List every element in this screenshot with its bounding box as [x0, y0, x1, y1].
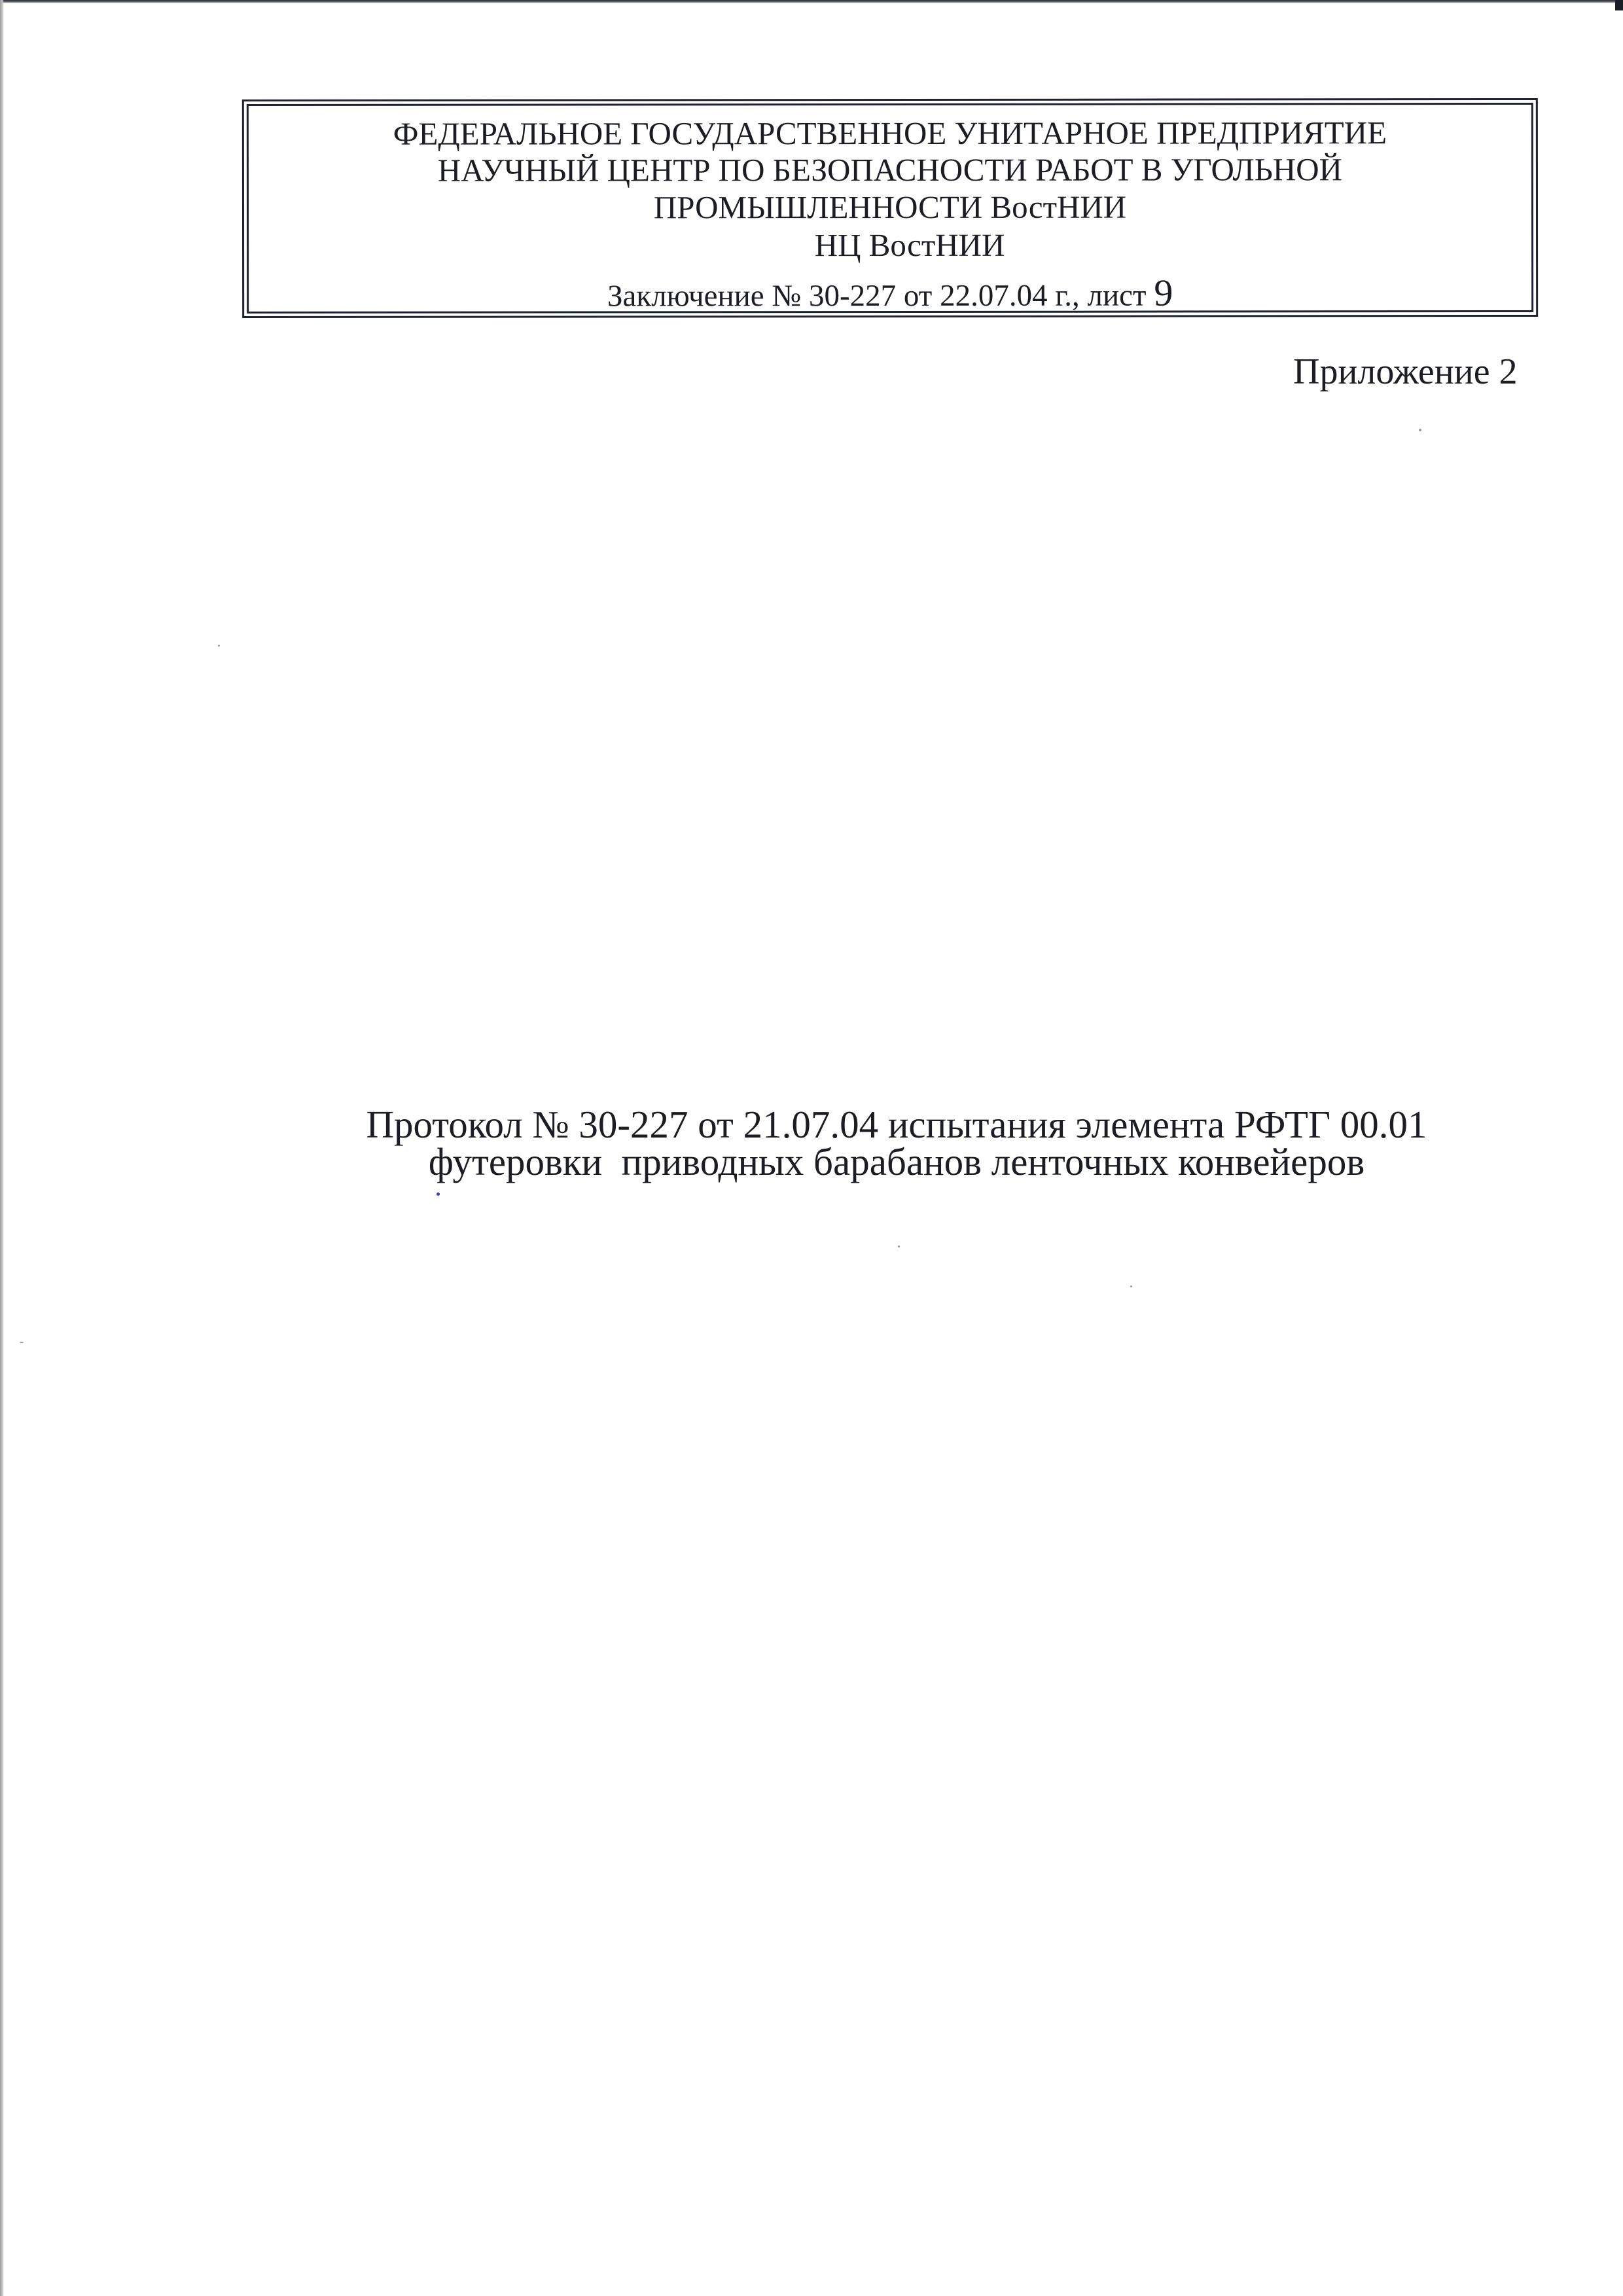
protocol-title: Протокол № 30-227 от 21.07.04 испытания …	[242, 1106, 1551, 1181]
scan-speck	[1130, 1285, 1132, 1287]
scan-corner-artifact	[1615, 0, 1623, 10]
scan-top-edge	[0, 0, 1623, 3]
organization-name-line-2: НАУЧНЫЙ ЦЕНТР ПО БЕЗОПАСНОСТИ РАБОТ В УГ…	[249, 153, 1531, 187]
scan-speck	[898, 1246, 900, 1247]
organization-header-box: ФЕДЕРАЛЬНОЕ ГОСУДАРСТВЕННОЕ УНИТАРНОЕ ПР…	[242, 98, 1538, 318]
scan-speck	[437, 1193, 440, 1196]
appendix-label: Приложение 2	[1293, 353, 1518, 390]
scan-speck	[218, 645, 220, 647]
organization-header: ФЕДЕРАЛЬНОЕ ГОСУДАРСТВЕННОЕ УНИТАРНОЕ ПР…	[249, 105, 1531, 312]
conclusion-reference: Заключение № 30-227 от 22.07.04 г., лист…	[249, 274, 1531, 313]
sheet-number: 9	[1154, 272, 1173, 314]
organization-name-line-1: ФЕДЕРАЛЬНОЕ ГОСУДАРСТВЕННОЕ УНИТАРНОЕ ПР…	[249, 117, 1531, 150]
conclusion-text: Заключение № 30-227 от 22.07.04 г., лист	[607, 279, 1154, 314]
protocol-title-line-2: футеровки приводных барабанов ленточных …	[242, 1143, 1551, 1181]
protocol-title-line-1: Протокол № 30-227 от 21.07.04 испытания …	[242, 1106, 1551, 1143]
scan-speck	[1419, 429, 1421, 431]
organization-short-name: НЦ ВостНИИ	[249, 228, 1531, 262]
organization-name-line-3: ПРОМЫШЛЕННОСТИ ВостНИИ	[249, 190, 1531, 224]
scan-left-edge	[0, 0, 4, 2296]
scan-speck	[20, 1342, 24, 1343]
